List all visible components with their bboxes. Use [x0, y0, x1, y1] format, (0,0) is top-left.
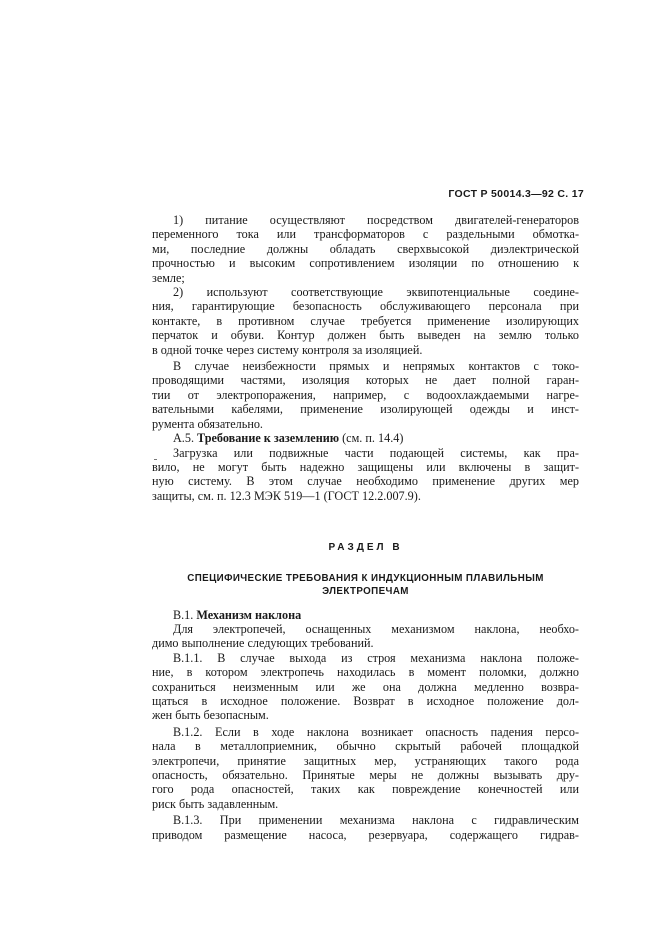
document-page: ГОСТ Р 50014.3—92 С. 17 1) питание осуще… — [0, 0, 661, 935]
text-line: гого рода опасностей, таких как поврежде… — [152, 782, 579, 796]
heading-b1: В.1. Механизм наклона — [152, 608, 579, 622]
section-label: РАЗДЕЛ В — [152, 541, 579, 555]
text-line: приводом размещение насоса, резервуара, … — [152, 828, 579, 842]
item-1: 1) питание осуществляют посредством двиг… — [152, 213, 579, 285]
heading-title: Механизм наклона — [196, 608, 301, 622]
text-line: вило, не могут быть надежно защищены или… — [152, 460, 579, 474]
text-line: жен быть безопасным. — [152, 708, 579, 722]
text-line: В.1.1. В случае выхода из строя механизм… — [152, 651, 579, 665]
text-line: электропечи, принятие защитных мер, устр… — [152, 754, 579, 768]
text-line: Загрузка или подвижные части подающей си… — [152, 446, 579, 460]
text-line: Для электропечей, оснащенных механизмом … — [152, 622, 579, 636]
text-line: проводящими частями, изоляция которых не… — [152, 373, 579, 387]
text-line: опасность, обязательно. Принятые меры не… — [152, 768, 579, 782]
heading-a5: А.5. Требование к заземлению (см. п. 14.… — [152, 431, 579, 445]
text-line: румента обязательно. — [152, 417, 579, 431]
text-line: риск быть задавленным. — [152, 797, 579, 811]
heading-number: В.1. — [173, 608, 193, 622]
text-line: сохраниться неизменным или же она должна… — [152, 680, 579, 694]
text-line: перчаток и обуви. Контур должен быть выв… — [152, 328, 579, 342]
text-line: В случае неизбежности прямых и непрямых … — [152, 359, 579, 373]
paragraph-unavoidable-contacts: В случае неизбежности прямых и непрямых … — [152, 359, 579, 431]
text-line: в одной точке через систему контроля за … — [152, 343, 579, 357]
text-line: ния, гарантирующие безопасность обслужив… — [152, 299, 579, 313]
paragraph-b1-2: В.1.2. Если в ходе наклона возникает опа… — [152, 725, 579, 811]
text-line: контакте, в противном случае требуется п… — [152, 314, 579, 328]
heading-number: А.5. — [173, 431, 194, 445]
section-title-line: ЭЛЕКТРОПЕЧАМ — [152, 585, 579, 598]
text-line: нала в металлоприемник, обычно скрытый р… — [152, 739, 579, 753]
paragraph-b1: Для электропечей, оснащенных механизмом … — [152, 622, 579, 651]
text-line: 1) питание осуществляют посредством двиг… — [152, 213, 579, 227]
text-line: защиты, см. п. 12.3 МЭК 519—1 (ГОСТ 12.2… — [152, 489, 579, 503]
text-line: димо выполнение следующих требований. — [152, 636, 579, 650]
text-line: тии от электропоражения, например, с вод… — [152, 388, 579, 402]
scan-speck — [154, 459, 157, 460]
text-line: щаться в исходное положение. Возврат в и… — [152, 694, 579, 708]
page-body: 1) питание осуществляют посредством двиг… — [152, 213, 579, 842]
text-line: земле; — [152, 271, 579, 285]
section-title-line: СПЕЦИФИЧЕСКИЕ ТРЕБОВАНИЯ К ИНДУКЦИОННЫМ … — [152, 572, 579, 585]
text-line: ми, последние должны обладать сверхвысок… — [152, 242, 579, 256]
paragraph-b1-1: В.1.1. В случае выхода из строя механизм… — [152, 651, 579, 723]
heading-title: Требование к заземлению — [197, 431, 339, 445]
text-line: вательными кабелями, применение изолирую… — [152, 402, 579, 416]
item-2: 2) используют соответствующие эквипотенц… — [152, 285, 579, 357]
text-line: В.1.3. При применении механизма наклона … — [152, 813, 579, 827]
text-line: ную систему. В этом случае необходимо пр… — [152, 474, 579, 488]
text-line: прочностью и высоким сопротивлением изол… — [152, 256, 579, 270]
running-head: ГОСТ Р 50014.3—92 С. 17 — [404, 188, 584, 200]
section-title: СПЕЦИФИЧЕСКИЕ ТРЕБОВАНИЯ К ИНДУКЦИОННЫМ … — [152, 572, 579, 598]
text-line: переменного тока или трансформаторов с р… — [152, 227, 579, 241]
heading-reference: (см. п. 14.4) — [342, 431, 403, 445]
paragraph-a5: Загрузка или подвижные части подающей си… — [152, 446, 579, 504]
text-line: В.1.2. Если в ходе наклона возникает опа… — [152, 725, 579, 739]
paragraph-b1-3: В.1.3. При применении механизма наклона … — [152, 813, 579, 842]
text-line: 2) используют соответствующие эквипотенц… — [152, 285, 579, 299]
text-line: ние, в котором электропечь находилась в … — [152, 665, 579, 679]
